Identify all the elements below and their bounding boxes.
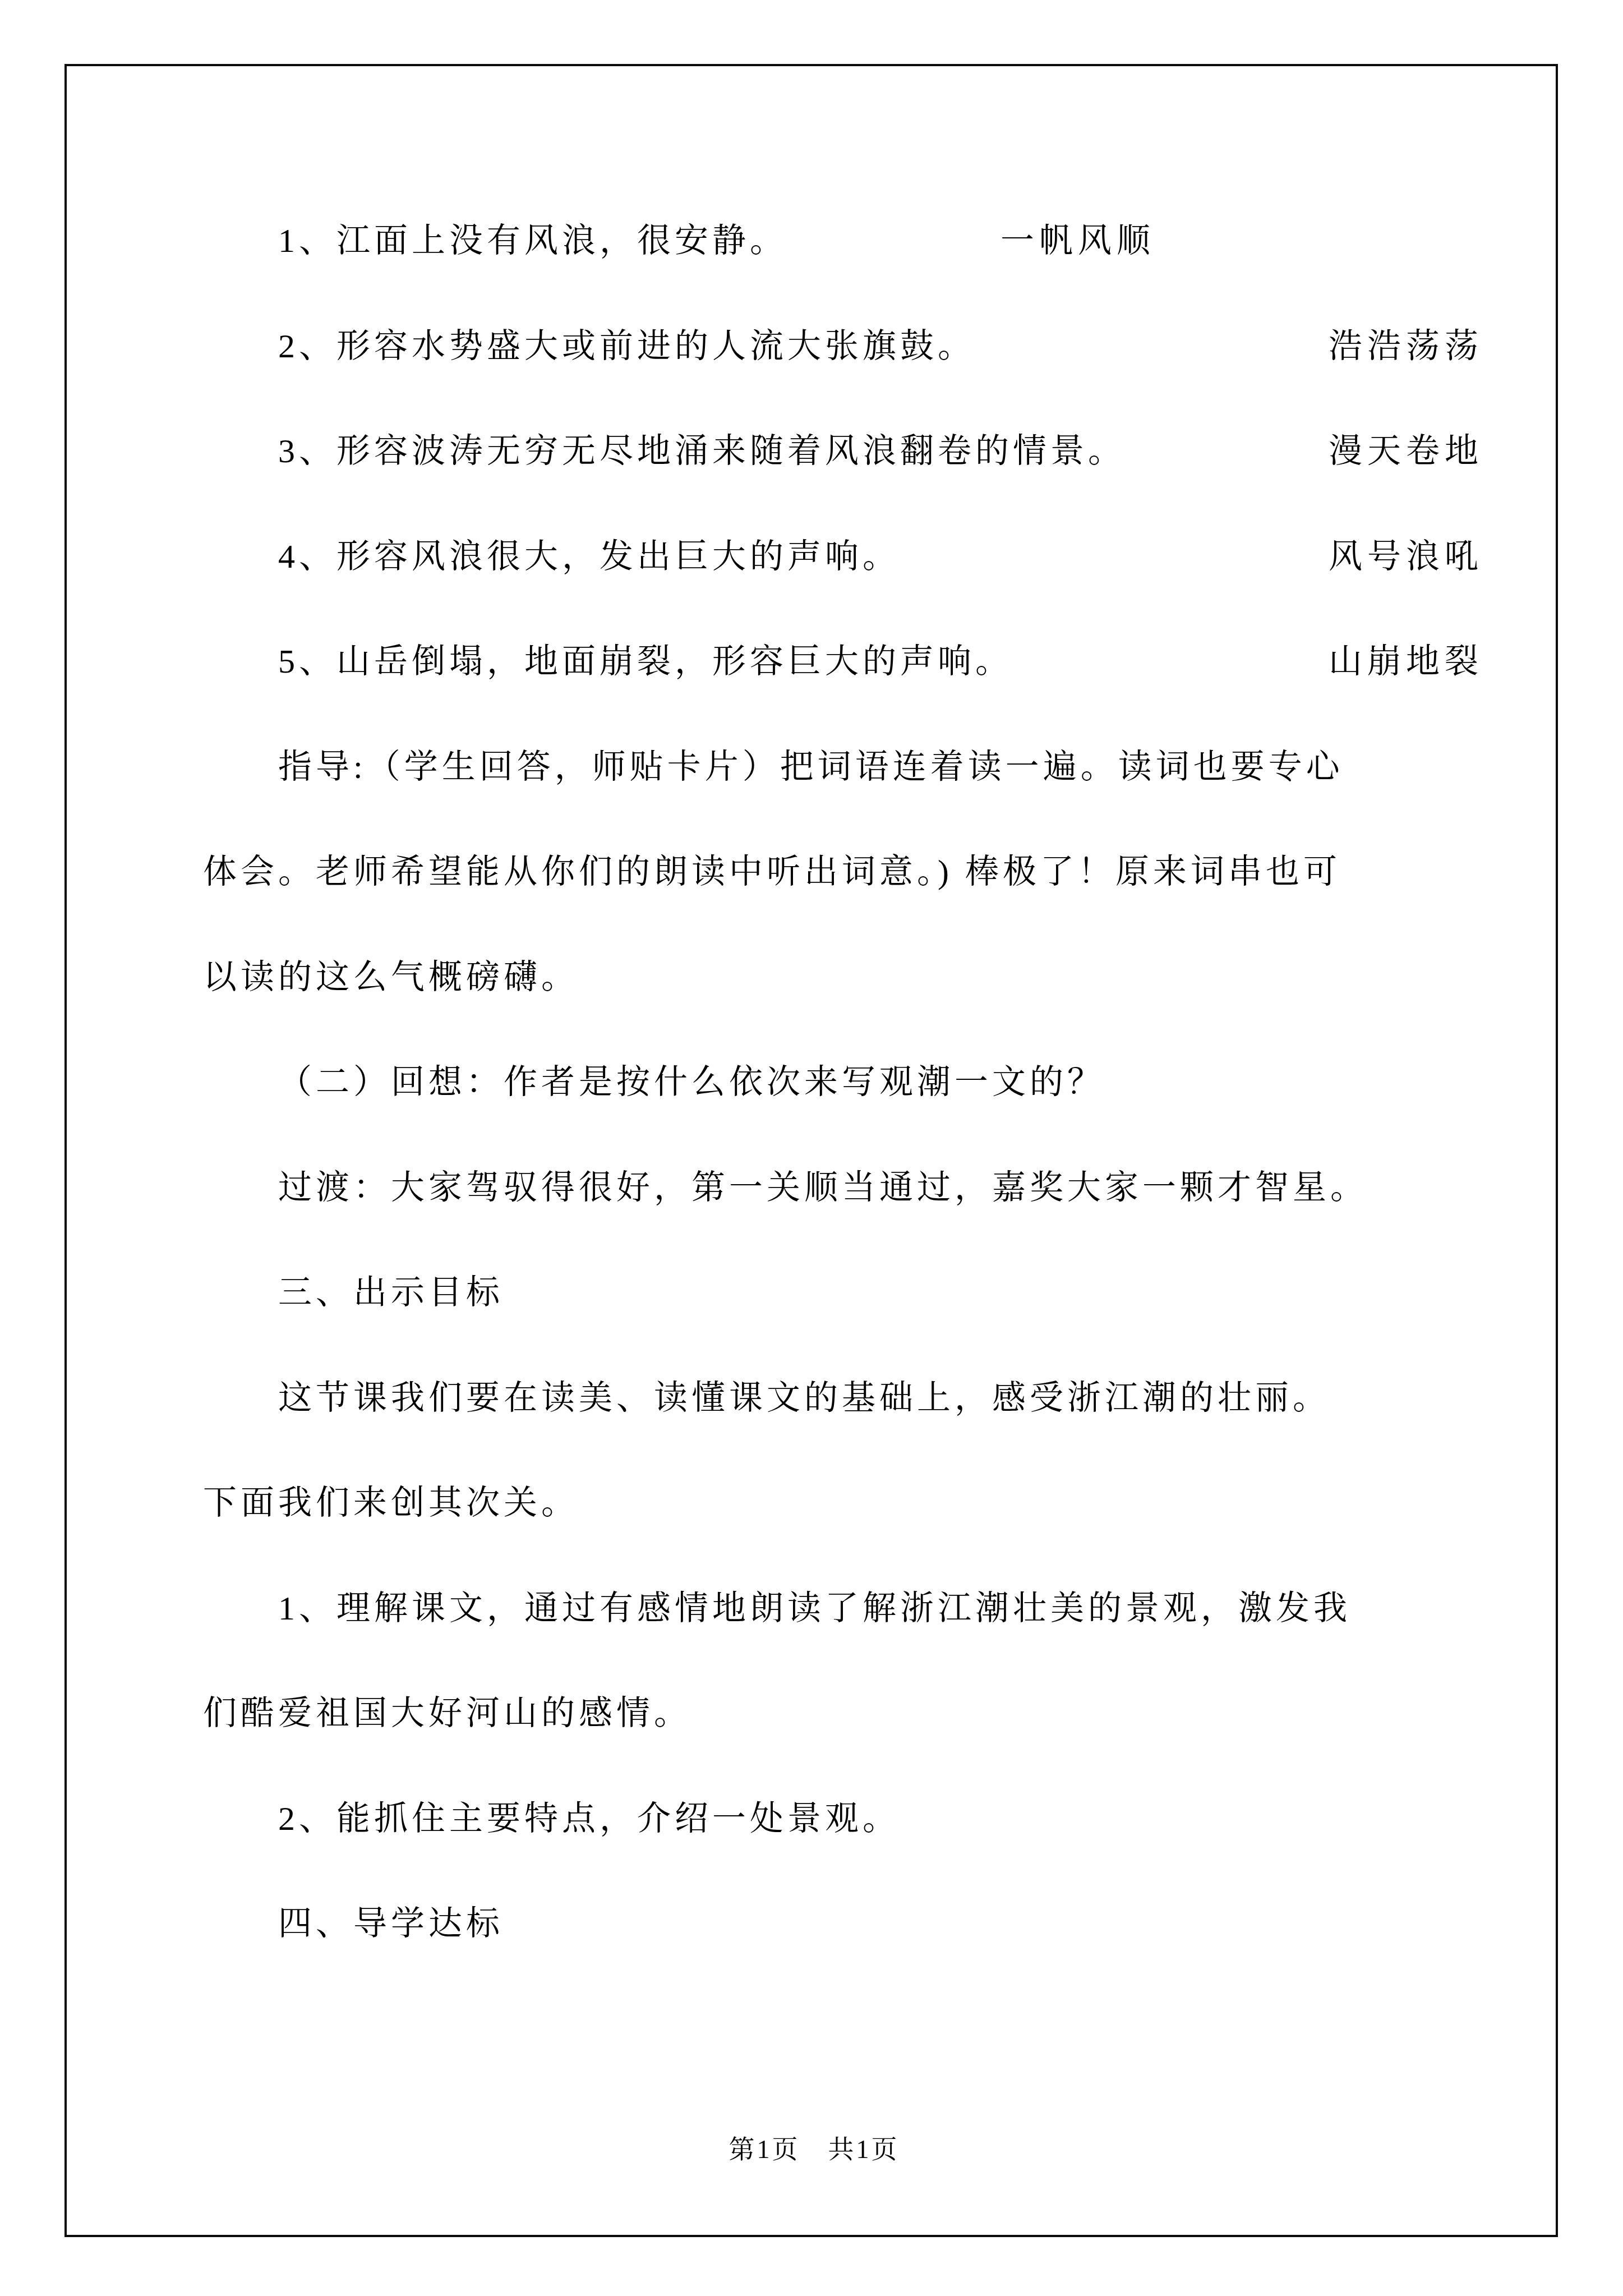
paragraph-text: 过渡：大家驾驭得很好，第一关顺当通过，嘉奖大家一颗才智星。 bbox=[278, 1169, 1368, 1206]
paragraph-text: 体会。老师希望能从你们的朗读中听出词意。) 棒极了！原来词串也可 bbox=[203, 853, 1341, 890]
paragraph-text: （二）回想：作者是按什么依次来写观潮一文的？ bbox=[278, 1064, 1105, 1101]
definition-text: 2、形容水势盛大或前进的人流大张旗鼓。 bbox=[278, 328, 975, 365]
section-heading: 四、导学达标 bbox=[278, 1905, 504, 1942]
paragraph-text: 下面我们来创其次关。 bbox=[203, 1484, 579, 1521]
text-line: 三、出示目标 bbox=[203, 1240, 1455, 1346]
paragraph-text: 1、理解课文，通过有感情地朗读了解浙江潮壮美的景观，激发我 bbox=[278, 1590, 1351, 1627]
text-line: 2、能抓住主要特点，介绍一处景观。 bbox=[203, 1766, 1455, 1872]
definition-text: 5、山岳倒塌，地面崩裂，形容巨大的声响。 bbox=[278, 643, 1013, 680]
paragraph-text: 们酷爱祖国大好河山的感情。 bbox=[203, 1695, 691, 1732]
paragraph-text: 这节课我们要在读美、读懂课文的基础上，感受浙江潮的壮丽。 bbox=[278, 1379, 1330, 1416]
text-line: （二）回想：作者是按什么依次来写观潮一文的？ bbox=[203, 1030, 1455, 1135]
definition-text: 4、形容风浪很大，发出巨大的声响。 bbox=[278, 538, 900, 575]
document-body: 1、江面上没有风浪，很安静。 一帆风顺 2、形容水势盛大或前进的人流大张旗鼓。 … bbox=[203, 188, 1455, 1977]
idiom-answer: 山崩地裂 bbox=[1253, 609, 1483, 715]
text-line: 1、江面上没有风浪，很安静。 一帆风顺 bbox=[203, 188, 1455, 294]
page-footer: 第1页 共1页 bbox=[67, 2122, 1561, 2178]
definition-text: 1、江面上没有风浪，很安静。 bbox=[278, 222, 787, 259]
idiom-answer: 浩浩荡荡 bbox=[1253, 294, 1483, 399]
text-line: 4、形容风浪很大，发出巨大的声响。 风号浪吼 bbox=[203, 504, 1455, 610]
section-heading: 三、出示目标 bbox=[278, 1274, 504, 1311]
text-line: 们酷爱祖国大好河山的感情。 bbox=[203, 1661, 1455, 1766]
idiom-answer: 风号浪吼 bbox=[1253, 504, 1483, 610]
text-line: 四、导学达标 bbox=[203, 1871, 1455, 1977]
text-line: 过渡：大家驾驭得很好，第一关顺当通过，嘉奖大家一颗才智星。 bbox=[203, 1135, 1455, 1241]
document-page: { "document": { "colors": { "text": "#00… bbox=[0, 0, 1623, 2296]
text-line: 这节课我们要在读美、读懂课文的基础上，感受浙江潮的壮丽。 bbox=[203, 1346, 1455, 1451]
text-line: 指导:（学生回答，师贴卡片）把词语连着读一遍。读词也要专心 bbox=[203, 715, 1455, 820]
definition-text: 3、形容波涛无穷无尽地涌来随着风浪翻卷的情景。 bbox=[278, 432, 1126, 470]
paragraph-text: 2、能抓住主要特点，介绍一处景观。 bbox=[278, 1800, 900, 1837]
text-line: 下面我们来创其次关。 bbox=[203, 1451, 1455, 1556]
text-line: 1、理解课文，通过有感情地朗读了解浙江潮壮美的景观，激发我 bbox=[203, 1556, 1455, 1662]
text-line: 3、形容波涛无穷无尽地涌来随着风浪翻卷的情景。 漫天卷地 bbox=[203, 399, 1455, 504]
text-line: 体会。老师希望能从你们的朗读中听出词意。) 棒极了！原来词串也可 bbox=[203, 820, 1455, 925]
paragraph-text: 指导:（学生回答，师贴卡片）把词语连着读一遍。读词也要专心 bbox=[278, 748, 1344, 785]
text-line: 5、山岳倒塌，地面崩裂，形容巨大的声响。 山崩地裂 bbox=[203, 609, 1455, 715]
idiom-answer: 漫天卷地 bbox=[1253, 399, 1483, 504]
paragraph-text: 以读的这么气概磅礴。 bbox=[203, 959, 579, 996]
text-line: 以读的这么气概磅礴。 bbox=[203, 925, 1455, 1030]
idiom-answer: 一帆风顺 bbox=[925, 188, 1155, 294]
text-line: 2、形容水势盛大或前进的人流大张旗鼓。 浩浩荡荡 bbox=[203, 294, 1455, 399]
